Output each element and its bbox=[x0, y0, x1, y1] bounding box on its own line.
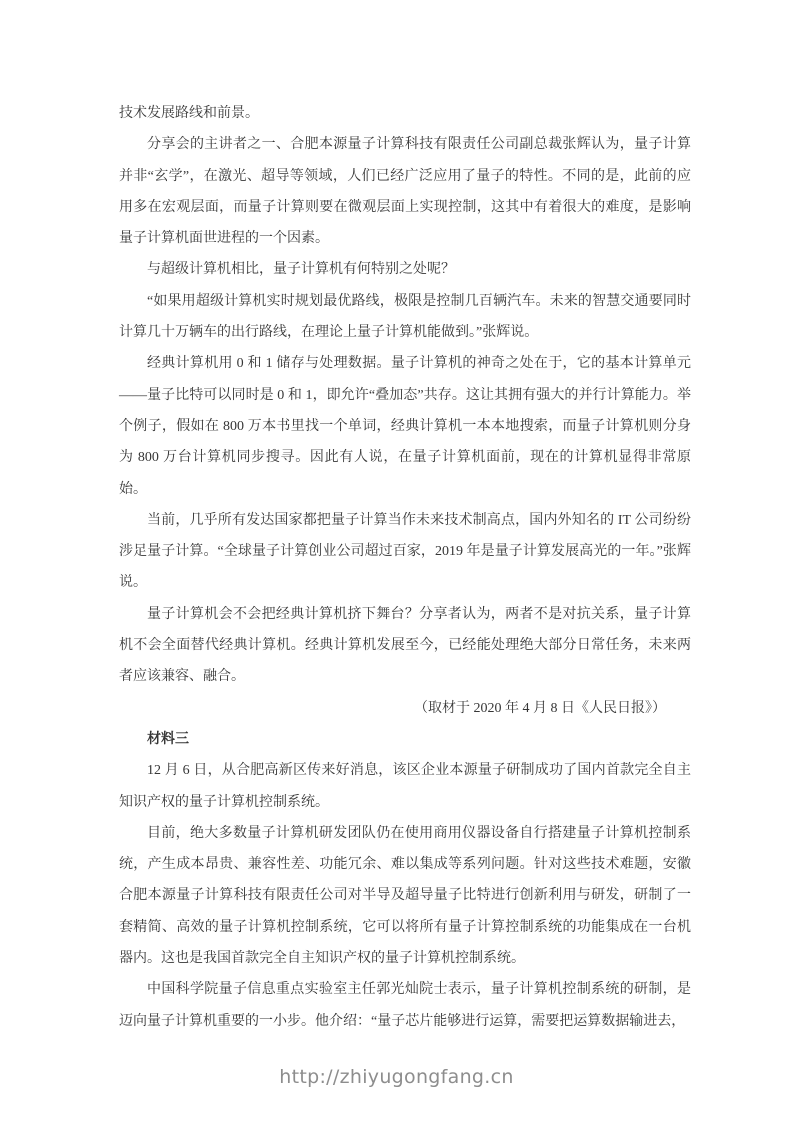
paragraph: 与超级计算机相比，量子计算机有何特别之处呢？ bbox=[119, 254, 691, 285]
paragraph: 经典计算机用 0 和 1 储存与处理数据。量子计算机的神奇之处在于，它的基本计算… bbox=[119, 348, 691, 504]
paragraph: 12 月 6 日，从合肥高新区传来好消息，该区企业本源量子研制成功了国内首款完全… bbox=[119, 755, 691, 818]
attribution-line: （取材于 2020 年 4 月 8 日《人民日报》） bbox=[119, 693, 691, 724]
paragraph: 当前，几乎所有发达国家都把量子计算当作未来技术制高点，国内外知名的 IT 公司纷… bbox=[119, 505, 691, 599]
document-body: 技术发展路线和前景。分享会的主讲者之一、合肥本源量子计算科技有限责任公司副总裁张… bbox=[119, 98, 691, 1037]
paragraph: “如果用超级计算机实时规划最优路线，极限是控制几百辆汽车。未来的智慧交通要同时计… bbox=[119, 286, 691, 349]
paragraph: 中国科学院量子信息重点实验室主任郭光灿院士表示，量子计算机控制系统的研制，是迈向… bbox=[119, 974, 691, 1037]
document-page: 技术发展路线和前景。分享会的主讲者之一、合肥本源量子计算科技有限责任公司副总裁张… bbox=[0, 0, 793, 1122]
paragraph: 技术发展路线和前景。 bbox=[119, 98, 691, 129]
section-heading: 材料三 bbox=[119, 724, 691, 755]
paragraph: 量子计算机会不会把经典计算机挤下舞台？分享者认为，两者不是对抗关系，量子计算机不… bbox=[119, 599, 691, 693]
watermark-url: http://zhiyugongfang.cn bbox=[0, 1066, 793, 1088]
paragraph: 分享会的主讲者之一、合肥本源量子计算科技有限责任公司副总裁张辉认为，量子计算并非… bbox=[119, 129, 691, 254]
paragraph: 目前，绝大多数量子计算机研发团队仍在使用商用仪器设备自行搭建量子计算机控制系统，… bbox=[119, 818, 691, 974]
